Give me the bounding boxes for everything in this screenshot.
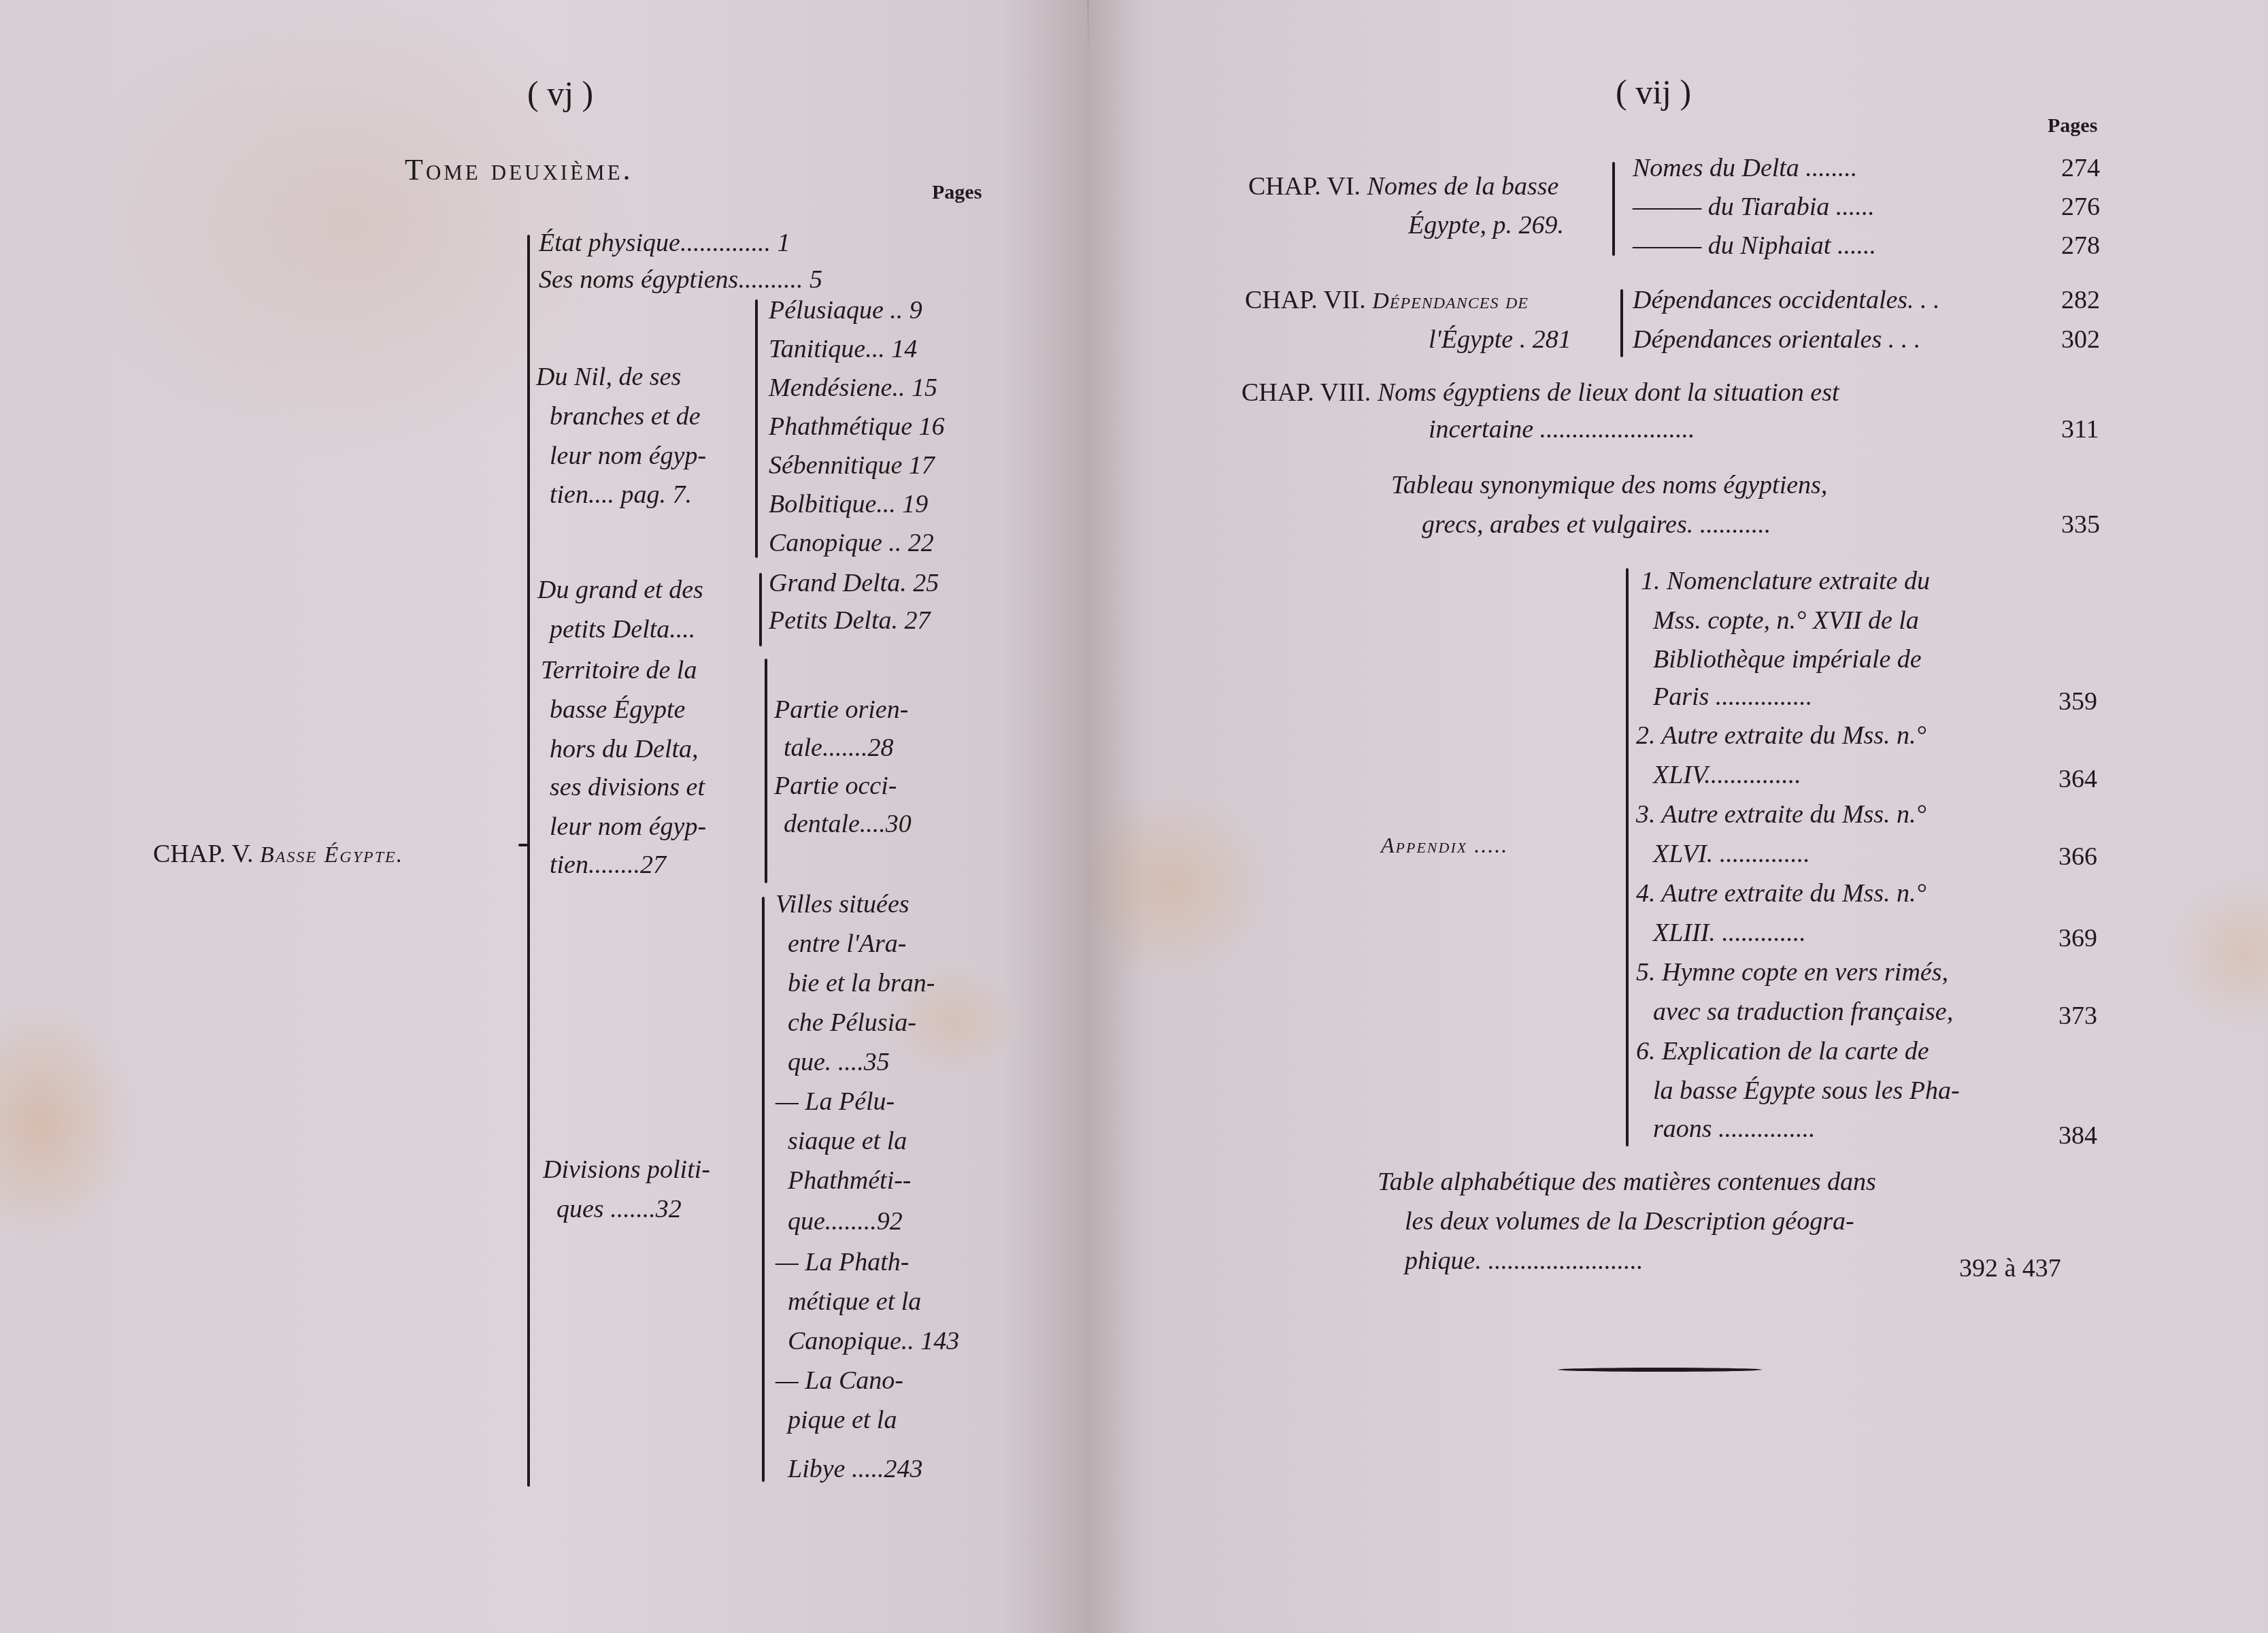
villes-line: bie et la bran- (788, 970, 935, 996)
chapter-title: Dépendances de (1372, 288, 1529, 314)
chapter-title-line2: l'Égypte . 281 (1429, 327, 1571, 352)
sub-brace (765, 659, 767, 883)
tableau-line: grecs, arabes et vulgaires. ........... (1422, 512, 1771, 538)
branch-item: Bolbitique... 19 (769, 491, 928, 517)
label-line: Divisions politi- (543, 1157, 710, 1183)
volume-heading: Tome deuxième. (405, 155, 633, 185)
appendix-line: Bibliothèque impériale de (1653, 646, 1922, 672)
chapter-vii-heading: CHAP. VII. Dépendances de (1245, 287, 1529, 313)
page-number: 276 (2061, 194, 2100, 220)
dependance-item: Dépendances orientales . . . (1633, 327, 1920, 352)
page-number: 335 (2061, 512, 2100, 538)
chapter-number: CHAP. VI. (1248, 172, 1361, 201)
page-number: 369 (2058, 925, 2097, 951)
phathmetique-line: — La Phath- (776, 1249, 909, 1275)
pelusiaque-line: — La Pélu- (776, 1089, 895, 1115)
label-line: Du grand et des (537, 577, 703, 603)
pages-column-label: Pages (932, 182, 982, 203)
nome-item: ——— du Tiarabia ...... (1633, 194, 1875, 220)
entry-noms-egyptiens: Ses noms égyptiens.......... 5 (539, 267, 822, 293)
canopique-line: Libye .....243 (788, 1456, 922, 1482)
page-number: 274 (2061, 155, 2100, 181)
label-line: basse Égypte (550, 697, 685, 723)
canopique-line: — La Cano- (776, 1368, 903, 1393)
table-line: Table alphabétique des matières contenue… (1378, 1169, 1876, 1195)
chapter-vi-heading: CHAP. VI. Nomes de la basse (1248, 174, 1558, 199)
label-line: Du Nil, de ses (536, 364, 681, 390)
entry-etat-physique: État physique.............. 1 (539, 230, 790, 256)
label-line: tien.... pag. 7. (550, 482, 692, 508)
chapter-number: CHAP. VIII. (1241, 378, 1371, 407)
villes-line: entre l'Ara- (788, 931, 907, 957)
partie-orientale: Partie orien- (774, 697, 908, 723)
chapter-viii-heading: CHAP. VIII. Noms égyptiens de lieux dont… (1241, 380, 1839, 406)
appendix-line: 6. Explication de la carte de (1636, 1038, 1929, 1064)
pages-column-label: Pages (2048, 116, 2097, 136)
table-line: les deux volumes de la Description géogr… (1405, 1208, 1854, 1234)
sub-brace (762, 897, 765, 1482)
villes-line: que. ....35 (788, 1049, 890, 1075)
chapter-title: Nomes de la basse (1367, 172, 1559, 201)
appendix-line: XLIII. ............. (1653, 920, 1806, 946)
page-number: 278 (2061, 233, 2100, 259)
page-number: 359 (2058, 689, 2097, 714)
branch-item: Pélusiaque .. 9 (769, 297, 922, 323)
main-brace-point (518, 844, 528, 846)
page-range: 392 à 437 (1959, 1255, 2061, 1281)
appendix-line: 4. Autre extraite du Mss. n.° (1636, 880, 1927, 906)
sub-brace (759, 573, 762, 646)
page-number: 364 (2058, 766, 2097, 792)
main-brace (527, 235, 530, 1487)
appendix-line: 3. Autre extraite du Mss. n.° (1636, 802, 1927, 827)
brace (1620, 289, 1623, 357)
appendix-line: Mss. copte, n.° XVII de la (1653, 608, 1919, 633)
chapter-number: CHAP. VII. (1245, 286, 1366, 314)
appendix-line: 2. Autre extraite du Mss. n.° (1636, 723, 1927, 748)
appendix-label: Appendix ..... (1381, 834, 1508, 856)
page-number: 311 (2061, 416, 2099, 442)
brace (1612, 162, 1615, 256)
chapter-title-line2: Égypte, p. 269. (1408, 212, 1564, 238)
partie-occidentale: dentale....30 (784, 811, 912, 837)
pelusiaque-line: siaque et la (788, 1128, 907, 1154)
pelusiaque-line: Phathméti-- (788, 1168, 912, 1193)
appendix-line: 1. Nomenclature extraite du (1641, 568, 1930, 594)
label-line: leur nom égyp- (550, 443, 706, 469)
table-line: phique. ........................ (1405, 1248, 1643, 1274)
page-number: 302 (2061, 327, 2100, 352)
appendix-line: XLVI. .............. (1653, 841, 1810, 867)
label-line: hors du Delta, (550, 736, 699, 762)
chapter-title: Basse Égypte. (260, 842, 403, 868)
nome-item: Nomes du Delta ........ (1633, 155, 1857, 181)
nome-item: ——— du Niphaiat ...... (1633, 233, 1876, 259)
appendix-line: 5. Hymne copte en vers rimés, (1636, 959, 1948, 985)
villes-line: che Pélusia- (788, 1010, 916, 1036)
right-page: ( vij ) Pages CHAP. VI. Nomes de la bass… (1088, 0, 2268, 1633)
left-page: ( vj ) Tome deuxième. Pages CHAP. V. Bas… (0, 0, 1088, 1633)
appendix-line: la basse Égypte sous les Pha- (1653, 1078, 1960, 1104)
appendix-line: XLIV............... (1653, 762, 1801, 788)
page-number: 282 (2061, 287, 2100, 313)
chapter-title: Noms égyptiens de lieux dont la situatio… (1378, 378, 1839, 407)
appendix-line: avec sa traduction française, (1653, 999, 1953, 1025)
delta-item: Petits Delta. 27 (769, 608, 930, 633)
delta-item: Grand Delta. 25 (769, 570, 939, 596)
chapter-title-line2: incertaine ........................ (1429, 416, 1695, 442)
villes-line: Villes situées (776, 891, 910, 917)
chapter-number: CHAP. V. (153, 840, 254, 868)
page-number: 373 (2058, 1003, 2097, 1029)
page-number: 384 (2058, 1123, 2097, 1149)
folio-left: ( vj ) (527, 76, 593, 110)
closing-rule (1558, 1368, 1762, 1372)
branch-item: Canopique .. 22 (769, 530, 934, 556)
phathmetique-line: métique et la (788, 1289, 921, 1315)
label-line: tien........27 (550, 852, 666, 878)
appendix-line: raons ............... (1653, 1116, 1816, 1142)
appendix-brace (1626, 568, 1629, 1147)
appendix-line: Paris ............... (1653, 684, 1812, 710)
label-line: Territoire de la (541, 657, 697, 683)
chapter-v-heading: CHAP. V. Basse Égypte. (153, 841, 403, 867)
sub-brace (755, 299, 758, 558)
branch-item: Phathmétique 16 (769, 414, 945, 440)
partie-occidentale: Partie occi- (774, 773, 897, 799)
branch-item: Sébennitique 17 (769, 452, 935, 478)
dependance-item: Dépendances occidentales. . . (1633, 287, 1940, 313)
phathmetique-line: Canopique.. 143 (788, 1328, 959, 1354)
label-line: petits Delta.... (550, 616, 695, 642)
branch-item: Tanitique... 14 (769, 336, 917, 362)
label-line: ques .......32 (556, 1196, 682, 1222)
pelusiaque-line: que........92 (788, 1208, 903, 1234)
canopique-line: pique et la (788, 1407, 897, 1433)
partie-orientale: tale.......28 (784, 735, 893, 761)
label-line: leur nom égyp- (550, 814, 706, 840)
label-line: branches et de (550, 403, 701, 429)
folio-right: ( vij ) (1616, 75, 1691, 109)
tableau-line: Tableau synonymique des noms égyptiens, (1391, 472, 1827, 498)
label-line: ses divisions et (550, 774, 705, 800)
branch-item: Mendésiene.. 15 (769, 375, 937, 401)
page-number: 366 (2058, 844, 2097, 870)
